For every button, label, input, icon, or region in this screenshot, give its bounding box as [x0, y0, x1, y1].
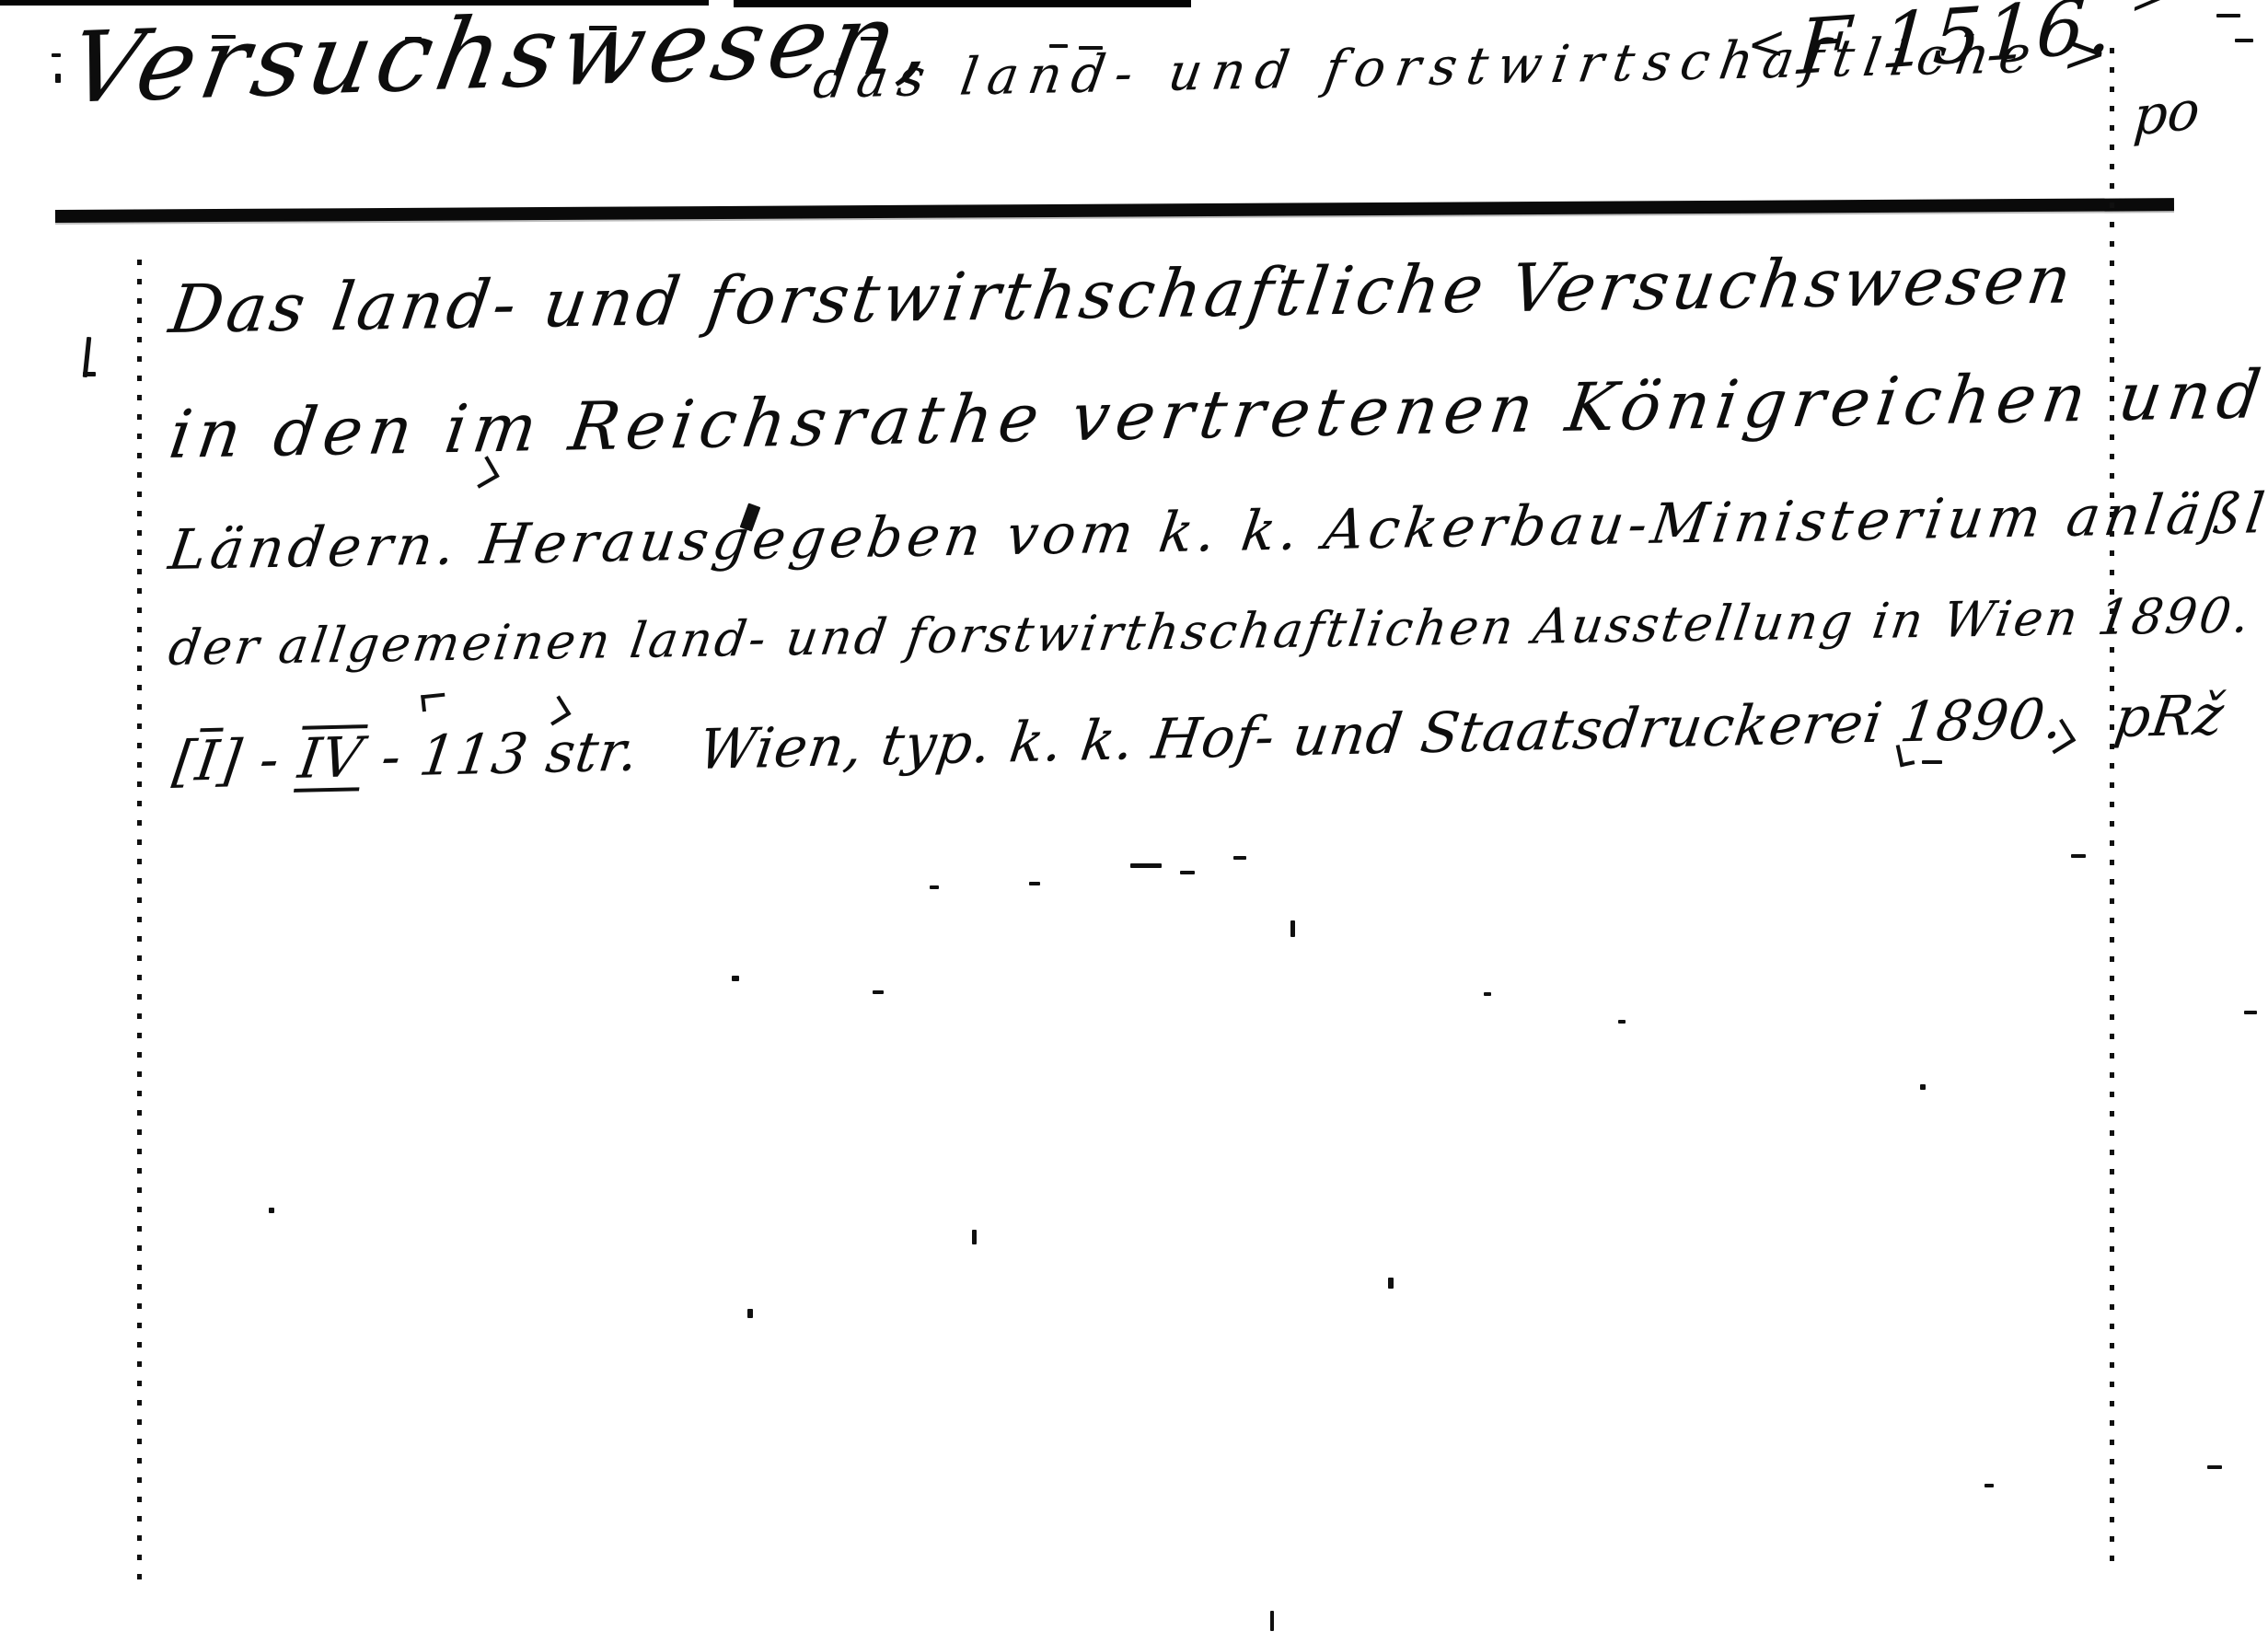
scan-speck	[405, 37, 422, 40]
scan-speck	[55, 74, 61, 83]
scan-speck	[1388, 1278, 1394, 1289]
scan-speck	[212, 35, 236, 39]
scan-speck	[1920, 1084, 1926, 1090]
scan-speck	[930, 885, 939, 889]
scan-speck	[1922, 760, 1942, 764]
scan-speck	[1049, 44, 1068, 48]
collation-dash-2: -	[359, 724, 424, 791]
scan-speck	[1270, 1611, 1274, 1631]
collation-imprint-line: [I] - IV - 113 str.Wien, typ. k. k. Hof-…	[169, 682, 2228, 795]
scan-speck	[1233, 856, 1246, 860]
scan-speck	[861, 37, 881, 40]
cataloguer-mark: pRž	[2111, 683, 2228, 750]
header-divider-rule	[55, 198, 2174, 223]
left-margin-dotted-line	[137, 260, 142, 1592]
scan-speck	[269, 1208, 274, 1213]
scan-speck	[1290, 920, 1295, 937]
call-number-open-mark: <	[1745, 15, 1791, 72]
body-line-4: der allgemeinen land- und forstwirthscha…	[166, 591, 2255, 673]
scan-speck	[2216, 14, 2240, 17]
scan-speck	[732, 976, 739, 981]
scan-speck	[1484, 992, 1491, 996]
body-line-1: Das land- und forstwirthschaftliche Vers…	[166, 246, 2078, 342]
scan-speck	[1984, 1484, 1994, 1487]
scan-speck	[873, 990, 884, 994]
scan-speck	[52, 53, 61, 57]
collation-dash-1: -	[237, 727, 303, 793]
collation: [I] - IV - 113 str.	[169, 719, 642, 794]
body-line-2: in den im Reichsrathe vertretenen Königr…	[166, 361, 2268, 468]
scan-speck	[972, 1230, 977, 1244]
scan-speck	[2244, 1011, 2257, 1014]
scan-speck	[2071, 854, 2086, 858]
scan-speck	[747, 1309, 753, 1318]
scan-speck	[1079, 46, 1103, 50]
scan-speck	[1029, 882, 1040, 885]
scan-speck	[1130, 863, 1162, 868]
scan-speck	[2235, 39, 2253, 42]
catalog-card: Versuchswesen, das land- und forstwirtsc…	[0, 0, 2268, 1643]
call-number-close-mark: >	[2129, 0, 2175, 25]
imprint: Wien, typ. k. k. Hof- und Staatsdruckere…	[695, 687, 2067, 782]
scan-speck	[1618, 1020, 1626, 1024]
scan-speck	[589, 26, 617, 30]
corner-annotation: po	[2132, 83, 2202, 144]
scan-speck	[1180, 871, 1195, 874]
collation-page-count: 113 str.	[415, 719, 642, 789]
right-margin-dotted-line	[2110, 48, 2114, 1565]
collation-roman-pages: IV	[294, 724, 368, 793]
scan-speck	[83, 372, 96, 376]
scan-speck	[2207, 1465, 2222, 1469]
body-line-3: Ländern. Herausgegeben vom k. k. Ackerba…	[166, 484, 2268, 578]
corner-bracket-mark	[421, 693, 446, 712]
